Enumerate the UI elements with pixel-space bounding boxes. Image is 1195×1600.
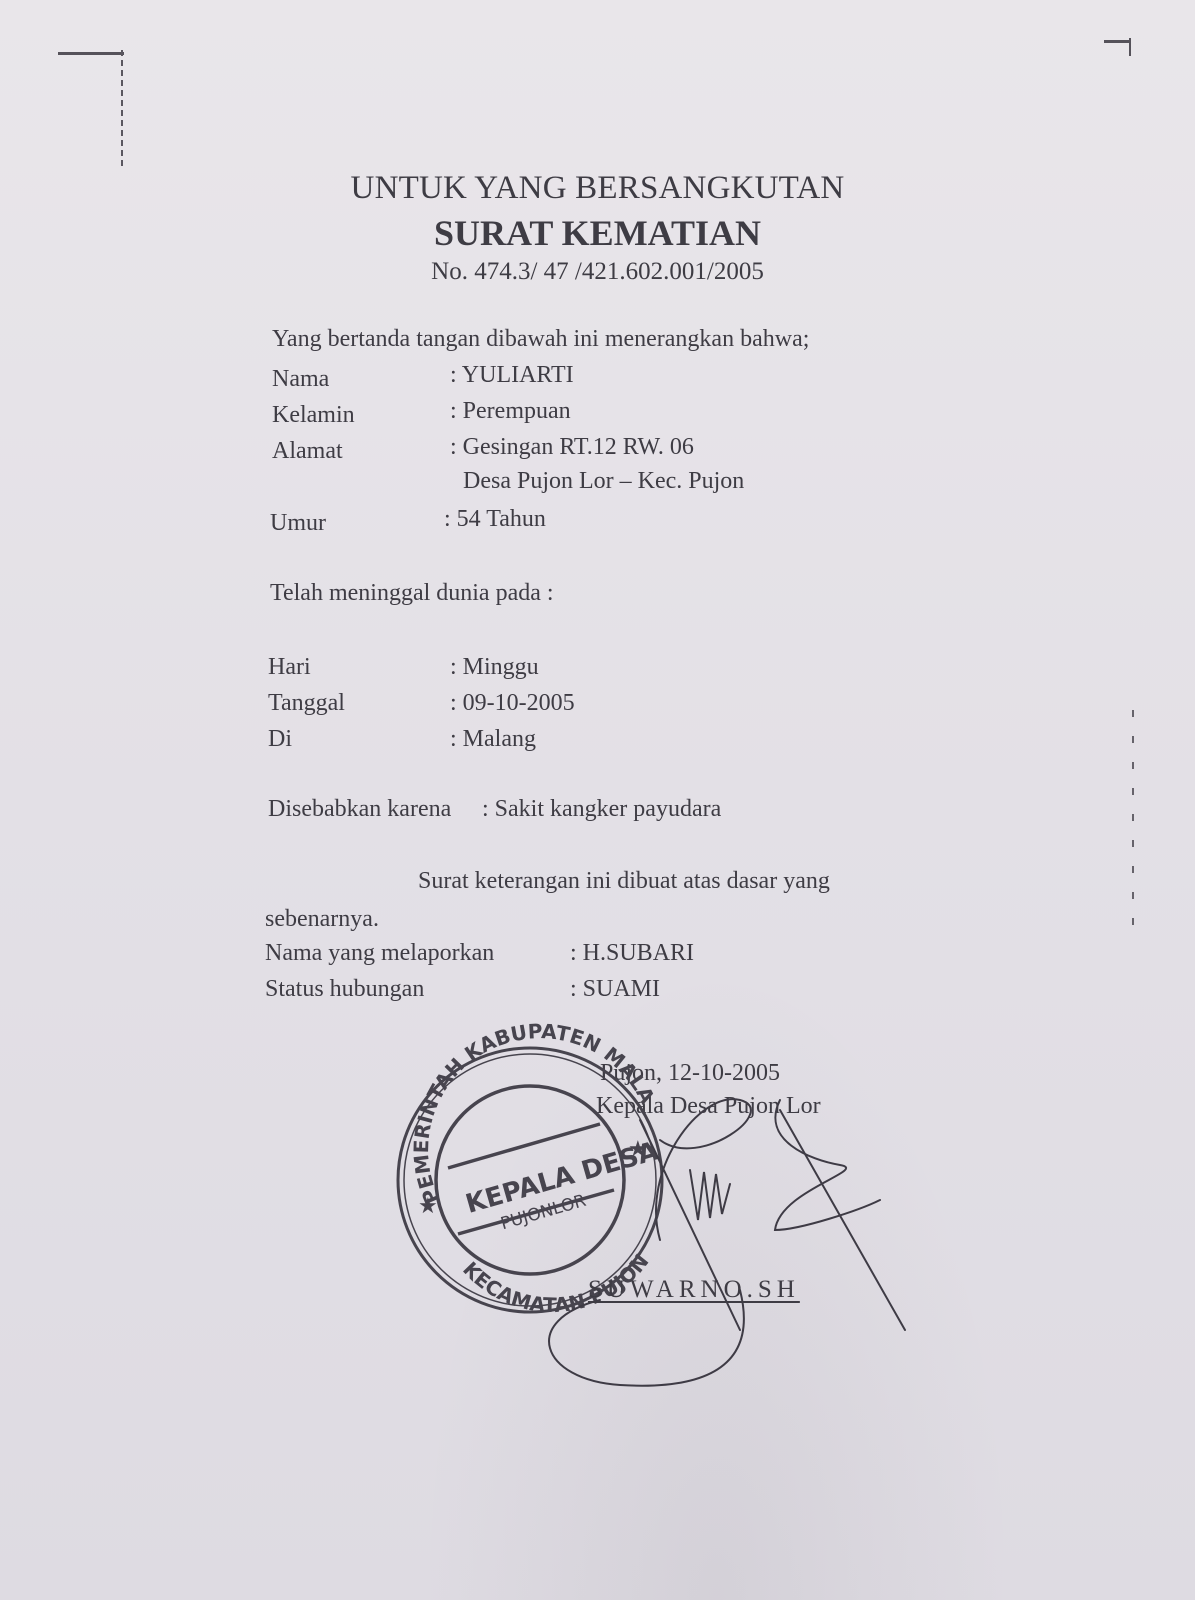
field-value-reporter: : H.SUBARI (570, 940, 694, 967)
cause-value: : Sakit kangker payudara (482, 796, 721, 823)
document-number: No. 474.3/ 47 /421.602.001/2005 (0, 258, 1195, 286)
field-value-tanggal: : 09-10-2005 (450, 690, 575, 717)
field-value-umur: : 54 Tahun (444, 506, 546, 533)
statement-line-1: Surat keterangan ini dibuat atas dasar y… (418, 868, 830, 895)
field-value-alamat: : Gesingan RT.12 RW. 06 (450, 434, 694, 461)
field-value-di: : Malang (450, 726, 536, 753)
crop-mark-top-left (58, 52, 124, 55)
cause-label: Disebabkan karena (268, 796, 451, 823)
signer-position: Kepala Desa Pujon Lor (596, 1093, 821, 1120)
signer-name: SUWARNO.SH (588, 1276, 800, 1304)
field-label-di: Di (268, 726, 292, 753)
field-label-tanggal: Tanggal (268, 690, 345, 717)
field-label-kelamin: Kelamin (272, 402, 355, 429)
margin-dotted-line (1132, 710, 1134, 940)
field-value-alamat-line2: Desa Pujon Lor – Kec. Pujon (463, 468, 744, 495)
field-label-umur: Umur (270, 510, 326, 537)
field-value-nama: : YULIARTI (450, 362, 574, 389)
field-value-kelamin: : Perempuan (450, 398, 571, 425)
crop-mark-top-right (1104, 40, 1130, 43)
intro-text: Yang bertanda tangan dibawah ini meneran… (272, 326, 809, 353)
crop-mark-top-right-vertical (1129, 38, 1131, 56)
statement-line-2: sebenarnya. (265, 906, 379, 933)
signature-block: Pujon, 12-10-2005 Kepala Desa Pujon Lor (600, 1060, 821, 1120)
field-label-relationship: Status hubungan (265, 976, 424, 1003)
document-header: UNTUK YANG BERSANGKUTAN (0, 170, 1195, 207)
place-date: Pujon, 12-10-2005 (600, 1060, 821, 1087)
field-value-relationship: : SUAMI (570, 976, 660, 1003)
field-value-hari: : Minggu (450, 654, 539, 681)
crop-mark-top-left-vertical (121, 50, 123, 170)
field-label-hari: Hari (268, 654, 311, 681)
field-label-alamat: Alamat (272, 438, 343, 465)
document-title: SURAT KEMATIAN (0, 212, 1195, 254)
death-intro-text: Telah meninggal dunia pada : (270, 580, 554, 607)
field-label-reporter: Nama yang melaporkan (265, 940, 494, 967)
field-label-nama: Nama (272, 366, 329, 393)
